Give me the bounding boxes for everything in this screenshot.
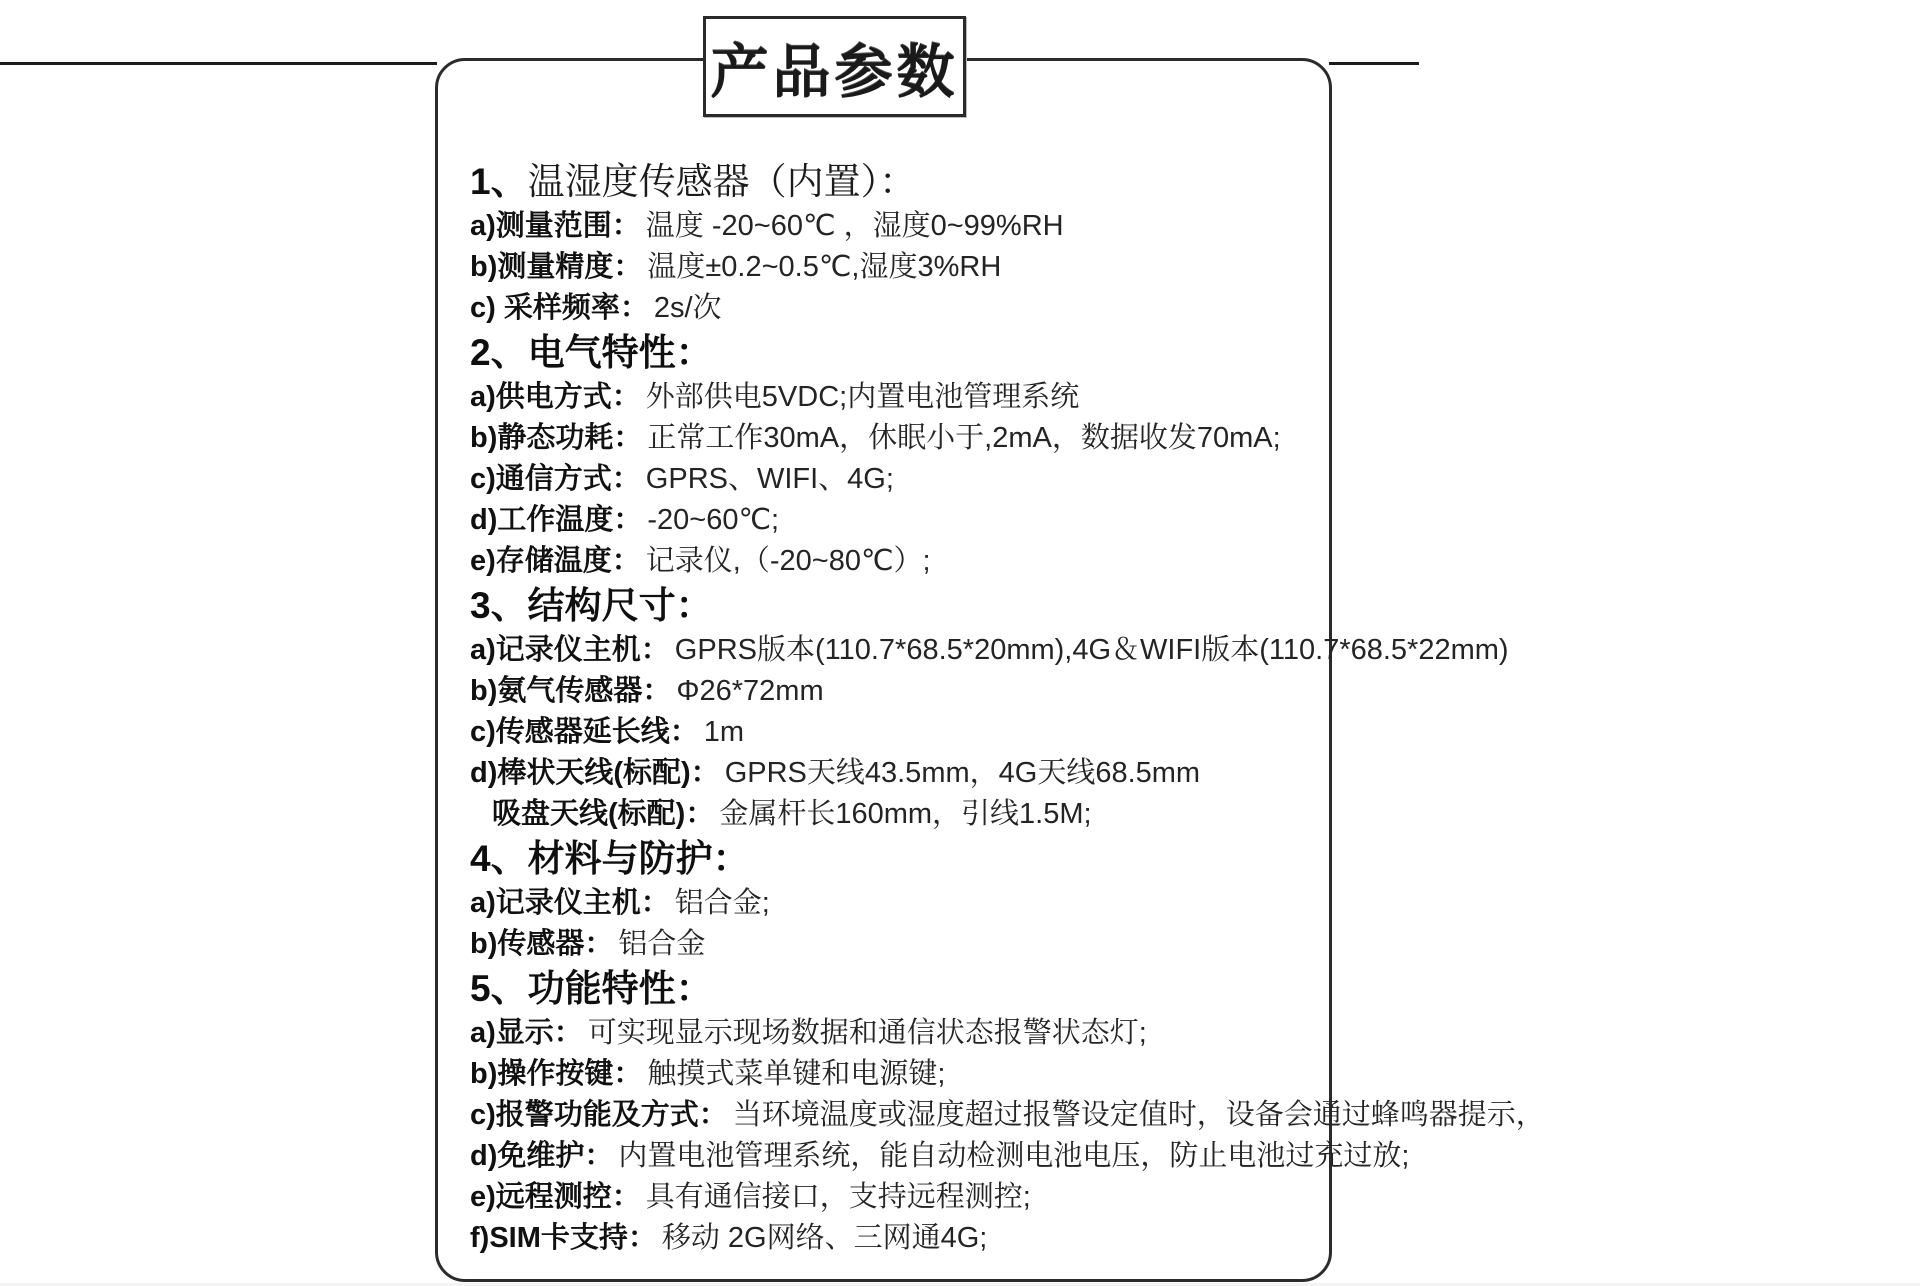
spec-label: d)免维护： <box>470 1140 613 1172</box>
spec-row: b)氨气传感器：Φ26*72mm <box>470 671 1330 712</box>
spec-row: a)测量范围：温度 -20~60℃ ，湿度0~99%RH <box>470 206 1330 247</box>
spec-row: c)通信方式：GPRS、WIFI、4G; <box>470 459 1330 500</box>
spec-row: f)SIM卡支持：移动 2G网络、三网通4G; <box>470 1218 1330 1259</box>
spec-label: b)静态功耗： <box>470 422 642 454</box>
section-heading-1: 1、温湿度传感器（内置）： <box>470 158 1330 206</box>
spec-label: f)SIM卡支持： <box>470 1222 657 1254</box>
banner-line-right <box>1329 62 1419 65</box>
spec-row: a)记录仪主机：GPRS版本(110.7*68.5*20mm),4G＆WIFI版… <box>470 630 1330 671</box>
spec-label: b)操作按键： <box>470 1058 642 1090</box>
section-number: 2、 <box>470 332 528 373</box>
spec-label: e)远程测控： <box>470 1181 641 1213</box>
section-title: 结构尺寸： <box>528 585 713 626</box>
spec-value: Φ26*72mm <box>671 675 823 707</box>
spec-label: e)存储温度： <box>470 545 641 577</box>
spec-label: d)工作温度： <box>470 504 642 536</box>
section-number: 5、 <box>470 968 528 1009</box>
banner-line-left <box>0 62 437 65</box>
section-title: 电气特性： <box>528 332 713 373</box>
spec-label: a)显示： <box>470 1017 583 1049</box>
spec-row: a)记录仪主机：铝合金; <box>470 883 1330 924</box>
spec-label: c)传感器延长线： <box>470 716 699 748</box>
spec-value: 记录仪,（-20~80℃）; <box>641 545 931 577</box>
spec-label: b)氨气传感器： <box>470 675 671 707</box>
spec-row: a)供电方式：外部供电5VDC;内置电池管理系统 <box>470 377 1330 418</box>
spec-value: 温度 -20~60℃ ，湿度0~99%RH <box>641 210 1064 242</box>
spec-value: 移动 2G网络、三网通4G; <box>657 1222 988 1254</box>
spec-row: a)显示：可实现显示现场数据和通信状态报警状态灯; <box>470 1013 1330 1054</box>
spec-row: b)操作按键：触摸式菜单键和电源键; <box>470 1054 1330 1095</box>
spec-label: d)棒状天线(标配)： <box>470 757 720 789</box>
section-heading-2: 2、电气特性： <box>470 329 1330 377</box>
spec-value: 2s/次 <box>649 292 722 324</box>
spec-value: 可实现显示现场数据和通信状态报警状态灯; <box>583 1017 1147 1049</box>
section-number: 4、 <box>470 838 528 879</box>
spec-row: c)报警功能及方式：当环境温度或湿度超过报警设定值时，设备会通过蜂鸣器提示， <box>470 1095 1330 1136</box>
spec-row: b)传感器：铝合金 <box>470 924 1330 965</box>
spec-label: c)报警功能及方式： <box>470 1099 728 1131</box>
spec-value: 具有通信接口，支持远程测控; <box>641 1181 1031 1213</box>
spec-label: c) 采样频率： <box>470 292 649 324</box>
spec-value: 铝合金; <box>670 887 770 919</box>
spec-value: GPRS、WIFI、4G; <box>641 463 894 495</box>
spec-label: a)供电方式： <box>470 381 641 413</box>
section-number: 1、 <box>470 161 528 202</box>
spec-row-continuation: 吸盘天线(标配)：金属杆长160mm，引线1.5M; <box>470 794 1330 835</box>
spec-value: 金属杆长160mm，引线1.5M; <box>714 798 1091 830</box>
spec-value: 内置电池管理系统，能自动检测电池电压，防止电池过充过放; <box>613 1140 1409 1172</box>
section-title: 材料与防护： <box>528 838 750 879</box>
banner-title: 产品参数 <box>710 25 958 109</box>
spec-row: b)测量精度：温度±0.2~0.5℃,湿度3%RH <box>470 247 1330 288</box>
spec-label: b)传感器： <box>470 928 613 960</box>
section-heading-3: 3、结构尺寸： <box>470 582 1330 630</box>
section-number: 3、 <box>470 585 528 626</box>
spec-content: 1、温湿度传感器（内置）： a)测量范围：温度 -20~60℃ ，湿度0~99%… <box>470 158 1330 1259</box>
spec-value: 当环境温度或湿度超过报警设定值时，设备会通过蜂鸣器提示， <box>728 1099 1545 1131</box>
page: 产品参数 1、温湿度传感器（内置）： a)测量范围：温度 -20~60℃ ，湿度… <box>0 0 1920 1286</box>
spec-label: c)通信方式： <box>470 463 641 495</box>
spec-row: c) 采样频率：2s/次 <box>470 288 1330 329</box>
spec-value: 正常工作30mA，休眠小于,2mA，数据收发70mA; <box>642 422 1280 454</box>
spec-value: GPRS版本(110.7*68.5*20mm),4G＆WIFI版本(110.7*… <box>670 634 1509 666</box>
spec-label: a)记录仪主机： <box>470 634 670 666</box>
section-title: 功能特性： <box>528 968 713 1009</box>
spec-row: d)工作温度：-20~60℃; <box>470 500 1330 541</box>
spec-value: 触摸式菜单键和电源键; <box>642 1058 945 1090</box>
spec-label: b)测量精度： <box>470 251 642 283</box>
spec-value: 铝合金 <box>613 928 705 960</box>
spec-row: e)存储温度：记录仪,（-20~80℃）; <box>470 541 1330 582</box>
section-heading-4: 4、材料与防护： <box>470 835 1330 883</box>
section-heading-5: 5、功能特性： <box>470 965 1330 1013</box>
spec-row: b)静态功耗：正常工作30mA，休眠小于,2mA，数据收发70mA; <box>470 418 1330 459</box>
spec-label: 吸盘天线(标配)： <box>492 798 714 830</box>
spec-row: c)传感器延长线：1m <box>470 712 1330 753</box>
spec-value: 温度±0.2~0.5℃,湿度3%RH <box>642 251 1001 283</box>
spec-value: 外部供电5VDC;内置电池管理系统 <box>641 381 1079 413</box>
spec-row: d)棒状天线(标配)：GPRS天线43.5mm，4G天线68.5mm <box>470 753 1330 794</box>
spec-value: 1m <box>699 716 744 748</box>
spec-value: -20~60℃; <box>642 504 779 536</box>
spec-label: a)记录仪主机： <box>470 887 670 919</box>
product-params-banner: 产品参数 <box>703 16 966 117</box>
spec-value: GPRS天线43.5mm，4G天线68.5mm <box>720 757 1200 789</box>
spec-row: e)远程测控：具有通信接口，支持远程测控; <box>470 1177 1330 1218</box>
spec-row: d)免维护：内置电池管理系统，能自动检测电池电压，防止电池过充过放; <box>470 1136 1330 1177</box>
spec-label: a)测量范围： <box>470 210 641 242</box>
section-title: 温湿度传感器（内置）： <box>528 161 917 202</box>
